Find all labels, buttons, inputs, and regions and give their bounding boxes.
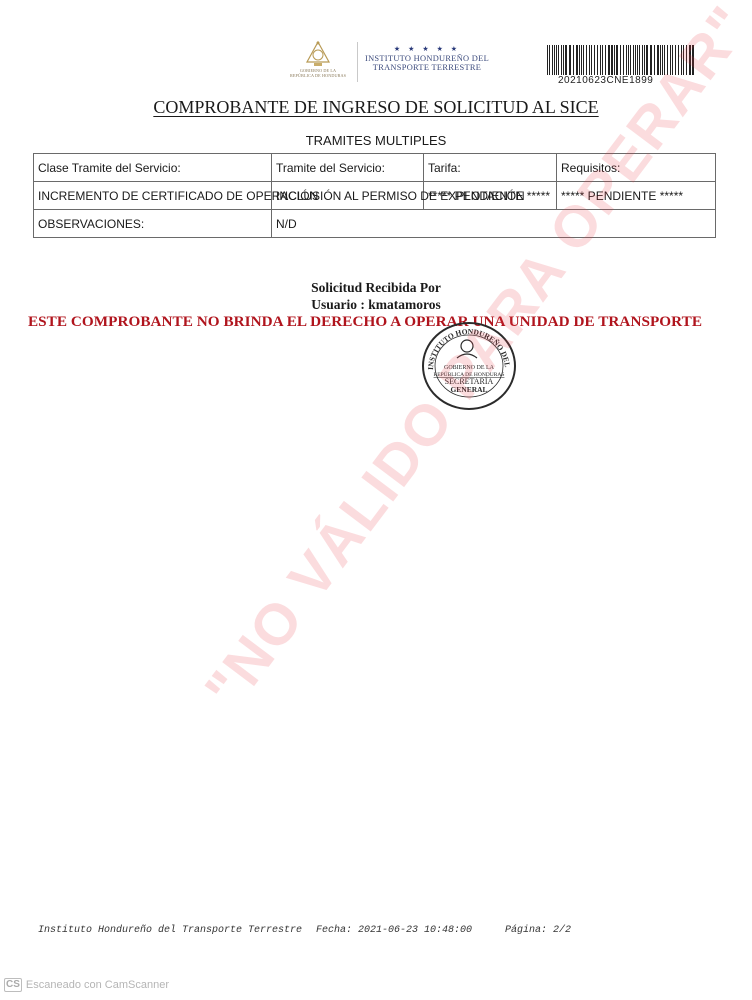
official-seal-icon: INSTITUTO HONDUREÑO DEL TRANSPORTE TERRE… [419, 320, 519, 412]
camscanner-badge: CS Escaneado con CamScanner [4, 978, 169, 992]
svg-text:GOBIERNO DE LA: GOBIERNO DE LA [444, 365, 495, 371]
header-tarifa: Tarifa: [424, 154, 557, 182]
gov-caption-line2: REPÚBLICA DE HONDURAS [282, 73, 354, 78]
government-logo: GOBIERNO DE LA REPÚBLICA DE HONDURAS [282, 40, 354, 84]
cell-clase-tramite: INCREMENTO DE CERTIFICADO DE OPERACIÓN [34, 182, 272, 210]
footer-page-number: Página: 2/2 [505, 925, 571, 936]
barcode-number: 20210623CNE1899 [558, 75, 653, 86]
table-row: INCREMENTO DE CERTIFICADO DE OPERACIÓN I… [34, 182, 716, 210]
cell-tarifa: ***** PENDIENTE ***** [424, 182, 557, 210]
cell-tramite-servicio: INCLUSIÓN AL PERMISO DE EXPLOTACIÓN [272, 182, 424, 210]
page-title-text: COMPROBANTE DE INGRESO DE SOLICITUD AL S… [153, 97, 598, 117]
camscanner-icon: CS [4, 978, 22, 992]
camscanner-label: Escaneado con CamScanner [26, 979, 169, 991]
observaciones-value: N/D [272, 210, 716, 238]
header-clase-tramite: Clase Tramite del Servicio: [34, 154, 272, 182]
ihtt-logo: ★ ★ ★ ★ ★ INSTITUTO HONDUREÑO DEL TRANSP… [360, 46, 494, 72]
svg-text:INSTITUTO HONDUREÑO DEL TRANSP: INSTITUTO HONDUREÑO DEL TRANSPORTE TERRE… [419, 320, 512, 370]
footer-date: Fecha: 2021-06-23 10:48:00 [316, 925, 472, 936]
coat-of-arms-icon [305, 40, 331, 68]
svg-text:GENERAL: GENERAL [450, 385, 487, 394]
tarifa-value: ***** PENDIENTE ***** [428, 189, 550, 203]
page-title: COMPROBANTE DE INGRESO DE SOLICITUD AL S… [0, 97, 752, 118]
observaciones-label: OBSERVACIONES: [34, 210, 272, 238]
barcode [545, 45, 695, 75]
requisitos-value: ***** PENDIENTE ***** [557, 182, 716, 210]
page-subtitle: TRAMITES MULTIPLES [0, 133, 752, 148]
institute-name-line2: TRANSPORTE TERRESTRE [360, 63, 494, 72]
request-table: Clase Tramite del Servicio: Tramite del … [33, 153, 716, 238]
received-by-label: Solicitud Recibida Por [0, 279, 752, 296]
logo-divider [357, 42, 358, 82]
table-header-row: Clase Tramite del Servicio: Tramite del … [34, 154, 716, 182]
footer-institute: Instituto Hondureño del Transporte Terre… [38, 925, 302, 936]
watermark-not-valid: "NO VÁLIDO PARA OPERAR" [192, 186, 619, 721]
header-requisitos: Requisitos: [557, 154, 716, 182]
header-tramite-servicio: Tramite del Servicio: [272, 154, 424, 182]
observaciones-row: OBSERVACIONES: N/D [34, 210, 716, 238]
institute-name-line1: INSTITUTO HONDUREÑO DEL [360, 54, 494, 63]
warning-notice: ESTE COMPROBANTE NO BRINDA EL DERECHO A … [0, 313, 730, 331]
stars-icon: ★ ★ ★ ★ ★ [360, 46, 494, 54]
received-by-user: Usuario : kmatamoros [0, 296, 752, 313]
